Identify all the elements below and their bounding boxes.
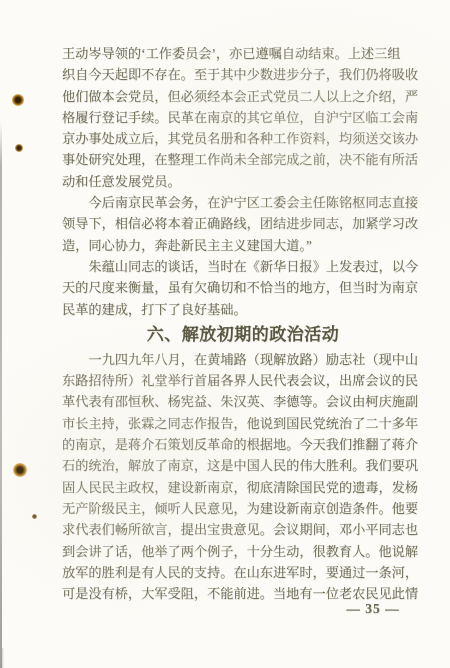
text-line: 市长主持，张霖之同志作报告，他说到国民党统治了二十多年 [62, 413, 424, 434]
text-line: 东路招待所）礼堂举行首届各界人民代表会议，出席会议的民 [62, 370, 424, 391]
scan-edge-shadow [0, 122, 2, 668]
text-line: 格履行登记手续。民革在南京的其它单位，自沪宁区临工会南 [62, 107, 424, 128]
text-line: 朱蕴山同志的谈话，当时在《新华日报》上发表过，以今 [62, 256, 424, 277]
text-line: 到会讲了话，他举了两个例子，十分生动，很教育人。他说解 [62, 541, 424, 562]
text-line: 固人民民主政权，建设新南京，彻底清除国民党的遗毒，发杨 [62, 477, 424, 498]
text-line: 织自今天起即不存在。至于其中少数进步分子，我们仍将吸收 [62, 64, 424, 85]
text-line: 领导下，相信必将本着正确路线，团结进步同志，加紧学习改 [62, 213, 424, 234]
page-number: — 35 — [344, 601, 402, 617]
ink-spot [12, 94, 24, 106]
text-line: 无产阶级民主，倾听人民意见，为建设新南京创造条件。他要 [62, 498, 424, 519]
scanned-book-page: 王动岑导领的‘工作委员会’，亦已遵嘱自动结束。上述三组 织自今天起即不存在。至于… [0, 0, 450, 668]
body-text: 王动岑导领的‘工作委员会’，亦已遵嘱自动结束。上述三组 织自今天起即不存在。至于… [62, 43, 424, 604]
text-line: 事处研究处理，在整理工作尚未全部完成之前，决不能有所活 [62, 149, 424, 170]
text-line: 石的统治，解放了南京，这是中国人民的伟大胜利。我们要巩 [62, 455, 424, 476]
scan-edge-shadow-bottom [0, 648, 4, 668]
text-line: 动和任意发展党员。 [62, 171, 424, 192]
text-line: 造，同心协力，奔赴新民主主义建国大道。” [62, 235, 424, 256]
ink-spot [15, 144, 23, 152]
text-line: 他们做本会党员，但必须经本会正式党员二人以上之介绍，严 [62, 86, 424, 107]
text-line: 的南京，是蒋介石策划反革命的根据地。今天我们推翻了蒋介 [62, 434, 424, 455]
text-line: 革代表有邵恒秋、杨宪益、朱汉英、李德等。会议由柯庆施副 [62, 391, 424, 412]
text-line: 放军的胜利是有人民的支持。在山东进军时，要通过一条河， [62, 562, 424, 583]
text-line: 民革的建成，打下了良好基础。 [62, 299, 424, 320]
ink-spot [32, 514, 37, 519]
text-line: 一九四九年八月，在黄埔路（现解放路）励志社（现中山 [62, 349, 424, 370]
text-line: 求代表们畅所欲言，提出宝贵意见。会议期间，邓小平同志也 [62, 519, 424, 540]
section-heading: 六、解放初期的政治活动 [62, 320, 424, 349]
ink-spot [13, 463, 27, 477]
text-line: 王动岑导领的‘工作委员会’，亦已遵嘱自动结束。上述三组 [62, 43, 424, 64]
text-line: 今后南京民革会务，在沪宁区工委会主任陈铭枢同志直接 [62, 192, 424, 213]
text-line: 天的尺度来衡量，虽有欠确切和不恰当的地方，但当时为南京 [62, 277, 424, 298]
text-line: 京办事处成立后，其党员名册和各种工作资料，均须送交该办 [62, 128, 424, 149]
